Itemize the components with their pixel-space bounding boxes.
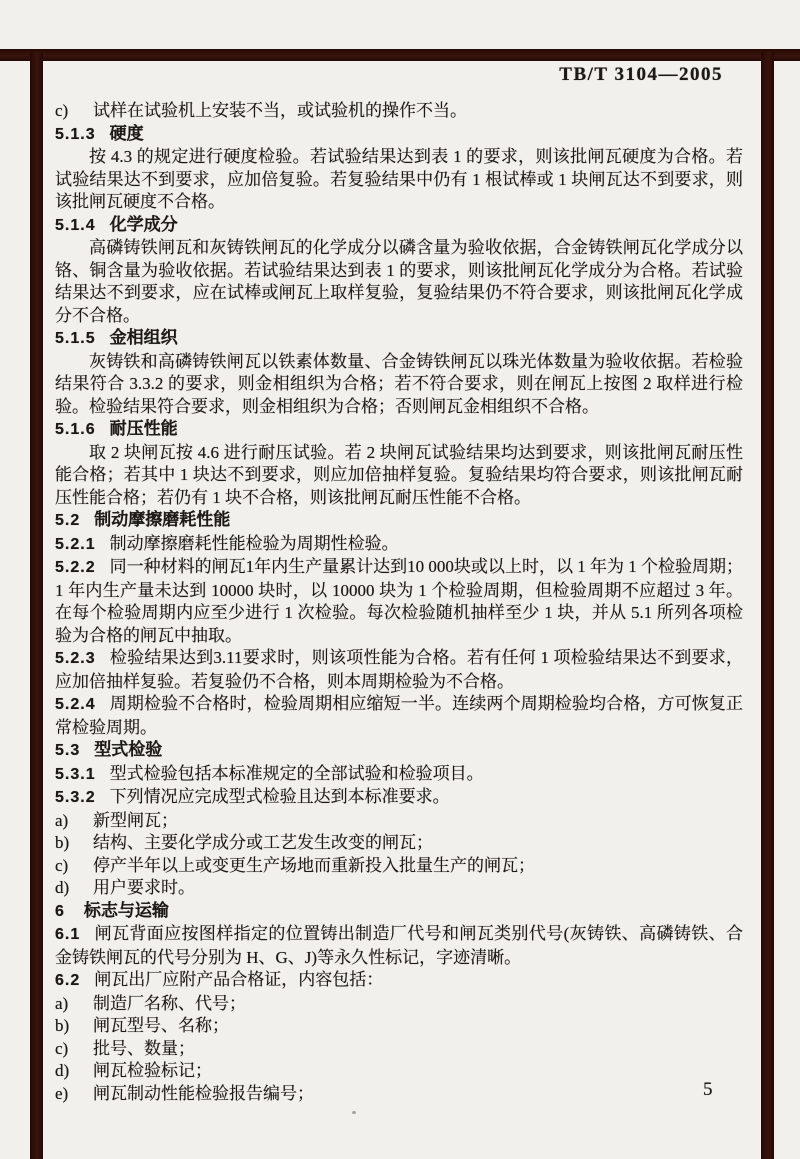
paragraph: 取 2 块闸瓦按 4.6 进行耐压试验。若 2 块闸瓦试验结果均达到要求，则该批… [55,442,743,510]
list-item: a)制造厂名称、代号； [55,993,743,1016]
list-text: 用户要求时。 [93,878,195,897]
clause-title: 耐压性能 [110,419,178,438]
paragraph: 按 4.3 的规定进行硬度检验。若试验结果达到表 1 的要求，则该批闸瓦硬度为合… [55,146,743,214]
list-marker: c) [55,1038,93,1061]
list-text: 新型闸瓦； [93,811,178,830]
clause-text: 型式检验包括本标准规定的全部试验和检验项目。 [110,764,484,783]
list-item: d)闸瓦检验标记； [55,1060,743,1083]
standard-number-header: TB/T 3104—2005 [559,64,723,86]
page-number: 5 [703,1079,713,1101]
clause-6-2: 6.2闸瓦出厂应附产品合格证，内容包括： [55,969,743,993]
list-marker: a) [55,810,93,833]
clause-title: 化学成分 [110,215,178,234]
clause-text: 闸瓦背面应按图样指定的位置铸出制造厂代号和闸瓦类别代号(灰铸铁、高磷铸铁、合金铸… [55,924,743,967]
clause-text: 检验结果达到3.11要求时，则该项性能为合格。若有任何 1 项检验结果达不到要求… [55,648,743,691]
clause-heading-5-2: 5.2制动摩擦磨耗性能 [55,509,743,533]
clause-5-2-4: 5.2.4周期检验不合格时，检验周期相应缩短一半。连续两个周期检验均合格，方可恢… [55,693,743,739]
scan-edge-right [761,52,774,1159]
list-item: c)试样在试验机上安装不当，或试验机的操作不当。 [55,100,743,123]
clause-number: 5.1.4 [55,217,96,234]
list-item: c)批号、数量； [55,1038,743,1061]
clause-number: 5.2.1 [55,536,96,553]
clause-5-2-3: 5.2.3检验结果达到3.11要求时，则该项性能为合格。若有任何 1 项检验结果… [55,647,743,693]
list-marker: a) [55,993,93,1016]
list-text: 闸瓦型号、名称； [93,1016,229,1035]
list-marker: c) [55,855,93,878]
clause-5-3-2: 5.3.2下列情况应完成型式检验且达到本标准要求。 [55,786,743,810]
list-marker: e) [55,1083,93,1106]
list-marker: c) [55,100,93,123]
clause-text: 闸瓦出厂应附产品合格证，内容包括： [94,970,383,989]
section-title: 标志与运输 [84,901,169,920]
paragraph: 灰铸铁和高磷铸铁闸瓦以铁素体数量、合金铸铁闸瓦以珠光体数量为验收依据。若检验结果… [55,351,743,419]
clause-title: 制动摩擦磨耗性能 [94,510,230,529]
clause-heading-5-1-4: 5.1.4化学成分 [55,214,743,238]
clause-title: 型式检验 [94,740,162,759]
clause-heading-5-1-6: 5.1.6耐压性能 [55,418,743,442]
clause-number: 5.3 [55,742,80,759]
list-item: b)结构、主要化学成分或工艺发生改变的闸瓦； [55,832,743,855]
clause-title: 金相组织 [110,328,178,347]
clause-5-3-1: 5.3.1型式检验包括本标准规定的全部试验和检验项目。 [55,763,743,787]
list-text: 结构、主要化学成分或工艺发生改变的闸瓦； [93,833,433,852]
section-heading-6: 6标志与运输 [55,900,743,924]
clause-number: 5.1.3 [55,126,96,143]
list-text: 制造厂名称、代号； [93,994,246,1013]
list-item: b)闸瓦型号、名称； [55,1015,743,1038]
clause-5-2-2: 5.2.2同一种材料的闸瓦1年内生产量累计达到10 000块或以上时，以 1 年… [55,556,743,647]
list-marker: d) [55,1060,93,1083]
paragraph: 高磷铸铁闸瓦和灰铸铁闸瓦的化学成分以磷含量为验收依据，合金铸铁闸瓦化学成分以铬、… [55,237,743,327]
clause-number: 5.3.2 [55,789,96,806]
scan-edge-top [0,49,800,61]
list-item: c)停产半年以上或变更生产场地而重新投入批量生产的闸瓦； [55,855,743,878]
document-body: c)试样在试验机上安装不当，或试验机的操作不当。 5.1.3硬度 按 4.3 的… [55,100,743,1105]
list-text: 闸瓦制动性能检验报告编号； [93,1084,314,1103]
list-item: d)用户要求时。 [55,877,743,900]
document-page: TB/T 3104—2005 c)试样在试验机上安装不当，或试验机的操作不当。 … [0,0,800,1159]
clause-text: 制动摩擦磨耗性能检验为周期性检验。 [110,534,399,553]
scan-edge-left [30,52,43,1159]
clause-number: 6.1 [55,926,80,943]
clause-number: 5.2.4 [55,696,96,713]
list-marker: b) [55,1015,93,1038]
list-marker: b) [55,832,93,855]
list-text: 停产半年以上或变更生产场地而重新投入批量生产的闸瓦； [93,856,535,875]
clause-6-1: 6.1闸瓦背面应按图样指定的位置铸出制造厂代号和闸瓦类别代号(灰铸铁、高磷铸铁、… [55,923,743,969]
clause-number: 5.1.5 [55,330,96,347]
clause-number: 5.2.2 [55,559,96,576]
clause-5-2-1: 5.2.1制动摩擦磨耗性能检验为周期性检验。 [55,533,743,557]
section-number: 6 [55,903,65,920]
clause-heading-5-3: 5.3型式检验 [55,739,743,763]
clause-heading-5-1-3: 5.1.3硬度 [55,123,743,147]
clause-text: 下列情况应完成型式检验且达到本标准要求。 [110,787,450,806]
clause-heading-5-1-5: 5.1.5金相组织 [55,327,743,351]
clause-text: 周期检验不合格时，检验周期相应缩短一半。连续两个周期检验均合格，方可恢复正常检验… [55,694,743,737]
list-item: e)闸瓦制动性能检验报告编号； [55,1083,743,1106]
list-marker: d) [55,877,93,900]
list-text: 闸瓦检验标记； [93,1061,212,1080]
clause-number: 5.1.6 [55,421,96,438]
clause-number: 5.3.1 [55,766,96,783]
list-text: 试样在试验机上安装不当，或试验机的操作不当。 [93,101,467,120]
clause-number: 6.2 [55,972,80,989]
clause-title: 硬度 [110,124,144,143]
clause-number: 5.2 [55,512,80,529]
list-item: a)新型闸瓦； [55,810,743,833]
scan-speck [352,1111,356,1114]
list-text: 批号、数量； [93,1039,195,1058]
clause-text: 同一种材料的闸瓦1年内生产量累计达到10 000块或以上时，以 1 年为 1 个… [55,557,743,645]
clause-number: 5.2.3 [55,650,96,667]
